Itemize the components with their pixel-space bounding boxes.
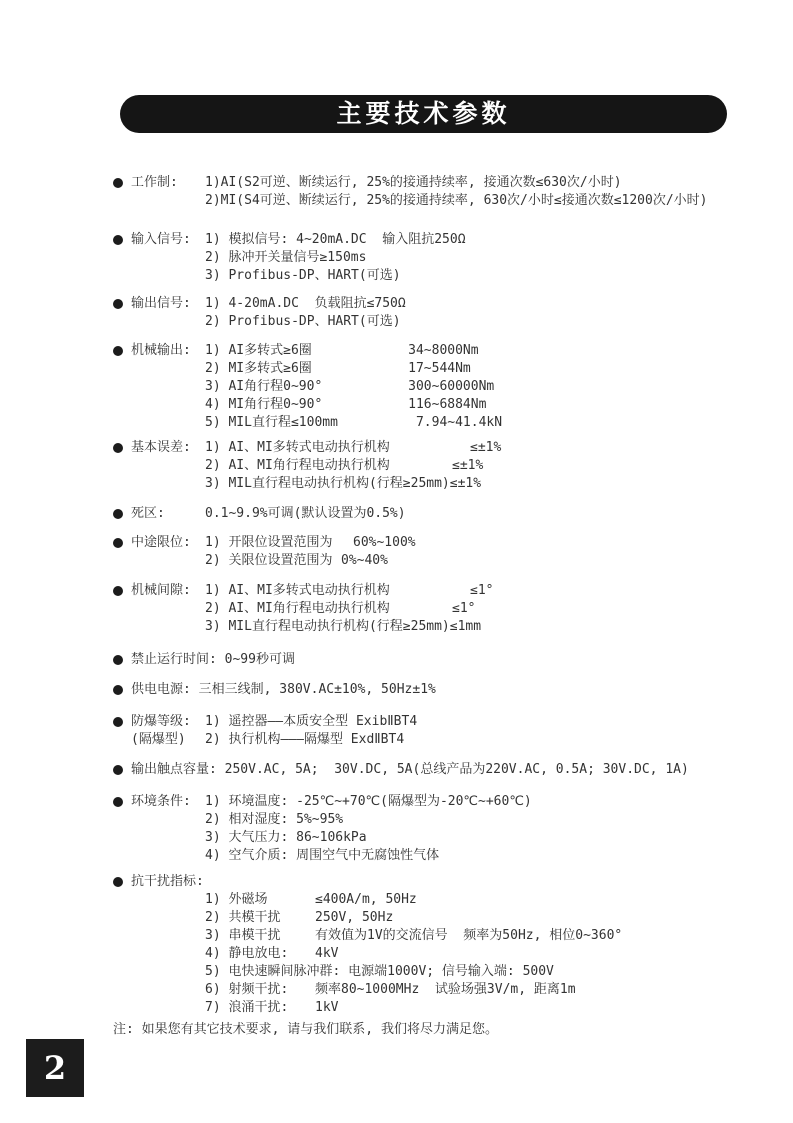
- page-number: 2: [44, 1049, 66, 1087]
- spec-text: 2) AI、MI角行程电动执行机构: [205, 600, 452, 618]
- spec-text: 300~60000Nm: [408, 378, 494, 396]
- spec-text: 34~8000Nm: [408, 342, 478, 360]
- spec-section-mech_output: 机械输出:1) AI多转式≥6圈34~8000Nm2) MI多转式≥6圈17~5…: [113, 342, 763, 432]
- section-label: 输出信号:: [131, 295, 223, 313]
- spec-section-contact_capacity: 输出触点容量: 250V.AC, 5A; 30V.DC, 5A(总线产品为220…: [113, 761, 763, 779]
- spec-text: 1) 模拟信号: 4~20mA.DC 输入阻抗250Ω: [205, 231, 466, 249]
- spec-text: 1) 遥控器——本质安全型 ExibⅡBT4: [205, 713, 417, 731]
- footnote: 注: 如果您有其它技术要求, 请与我们联系, 我们将尽力满足您。: [113, 1021, 763, 1039]
- spec-text: 2) Profibus-DP、HART(可选): [205, 313, 401, 331]
- spec-text: 1) 4-20mA.DC 负载阻抗≤750Ω: [205, 295, 406, 313]
- spec-line: 5) MIL直行程≤100mm7.94~41.4kN: [205, 414, 763, 432]
- bullet-icon: [113, 538, 123, 548]
- spec-text: 4) 静电放电:: [205, 945, 315, 963]
- spec-text: 1) AI、MI多转式电动执行机构: [205, 582, 470, 600]
- spec-line: 2) 相对湿度: 5%~95%: [205, 811, 763, 829]
- section-label: 中途限位:: [131, 534, 223, 552]
- bullet-icon: [113, 299, 123, 309]
- section-label: 输入信号:: [131, 231, 223, 249]
- spec-text: 7) 浪涌干扰:: [205, 999, 315, 1017]
- spec-line: 供电电源: 三相三线制, 380V.AC±10%, 50Hz±1%: [131, 681, 763, 699]
- spec-line: 3) 串模干扰有效值为1V的交流信号 频率为50Hz, 相位0~360°: [205, 927, 763, 945]
- spec-text: 1) AI、MI多转式电动执行机构: [205, 439, 470, 457]
- section-label: 机械输出:: [131, 342, 223, 360]
- spec-text: 250V.AC, 5A; 30V.DC, 5A(总线产品为220V.AC, 0.…: [225, 762, 689, 777]
- spec-line: 4) 静电放电:4kV: [205, 945, 763, 963]
- spec-text: 2) 相对湿度: 5%~95%: [205, 811, 343, 829]
- spec-section-basic_error: 基本误差:1) AI、MI多转式电动执行机构≤±1%2) AI、MI角行程电动执…: [113, 439, 763, 493]
- spec-section-output_signal: 输出信号:1) 4-20mA.DC 负载阻抗≤750Ω2) Profibus-D…: [113, 295, 763, 331]
- spec-text: 60%~100%: [353, 534, 416, 552]
- spec-line: 1) AI、MI多转式电动执行机构≤±1%: [205, 439, 763, 457]
- section-label: 供电电源:: [131, 682, 199, 697]
- spec-line: 1) 模拟信号: 4~20mA.DC 输入阻抗250Ω: [205, 231, 763, 249]
- bullet-icon: [113, 509, 123, 519]
- spec-section-mid_limit: 中途限位:1) 开限位设置范围为60%~100%2) 关限位设置范围为0%~40…: [113, 534, 763, 570]
- bullet-icon: [113, 765, 123, 775]
- spec-text: 17~544Nm: [408, 360, 471, 378]
- spec-line: 2)MI(S4可逆、断续运行, 25%的接通持续率, 630次/小时≤接通次数≤…: [205, 192, 763, 210]
- spec-line: 5) 电快速瞬间脉冲群: 电源端1000V; 信号输入端: 500V: [205, 963, 763, 981]
- spec-text: 5) MIL直行程: [205, 414, 291, 432]
- bullet-icon: [113, 178, 123, 188]
- spec-line: 4) MI角行程0~90°116~6884Nm: [205, 396, 763, 414]
- spec-text: 0~99秒可调: [225, 652, 295, 667]
- spec-text: 1)AI(S2可逆、断续运行, 25%的接通持续率, 接通次数≤630次/小时): [205, 174, 622, 192]
- spec-line: 禁止运行时间: 0~99秒可调: [131, 651, 763, 669]
- spec-line: 1) 外磁场≤400A/m, 50Hz: [205, 891, 763, 909]
- spec-text: 0%~40%: [341, 552, 388, 570]
- spec-section-forbid_time: 禁止运行时间: 0~99秒可调: [113, 651, 763, 669]
- spec-line: 3) 大气压力: 86~106kPa: [205, 829, 763, 847]
- spec-line: 3) Profibus-DP、HART(可选): [205, 267, 763, 285]
- section-title-bar: 主要技术参数: [120, 95, 727, 133]
- section-label: 禁止运行时间:: [131, 652, 225, 667]
- spec-text: ≤1°: [470, 582, 493, 600]
- spec-text: 3) Profibus-DP、HART(可选): [205, 267, 401, 285]
- spec-section-anti_interference: 抗干扰指标:1) 外磁场≤400A/m, 50Hz2) 共模干扰250V, 50…: [113, 873, 763, 1017]
- bullet-icon: [113, 685, 123, 695]
- spec-text: 1) 开限位设置范围为: [205, 534, 353, 552]
- spec-text: 0.1~9.9%可调(默认设置为0.5%): [205, 505, 406, 523]
- spec-text: 2)MI(S4可逆、断续运行, 25%的接通持续率, 630次/小时≤接通次数≤…: [205, 192, 708, 210]
- spec-line: 2) AI、MI角行程电动执行机构≤1°: [205, 600, 763, 618]
- spec-line: 1) 环境温度: -25℃~+70℃(隔爆型为-20℃~+60℃): [205, 793, 763, 811]
- spec-text: 4) MI角行程: [205, 396, 283, 414]
- bullet-icon: [113, 443, 123, 453]
- spec-text: 3) MIL直行程电动执行机构(行程≥25mm)≤1mm: [205, 618, 481, 636]
- spec-text: 3) MIL直行程电动执行机构(行程≥25mm)≤±1%: [205, 475, 481, 493]
- spec-text: 3) AI角行程: [205, 378, 283, 396]
- spec-line: 2) AI、MI角行程电动执行机构≤±1%: [205, 457, 763, 475]
- spec-text: 2) 脉冲开关量信号≥150ms: [205, 249, 366, 267]
- spec-text: 三相三线制, 380V.AC±10%, 50Hz±1%: [199, 682, 436, 697]
- spec-line: 0.1~9.9%可调(默认设置为0.5%): [205, 505, 763, 523]
- section-label: 机械间隙:: [131, 582, 223, 600]
- spec-line: 3) MIL直行程电动执行机构(行程≥25mm)≤±1%: [205, 475, 763, 493]
- spec-text: 116~6884Nm: [408, 396, 486, 414]
- spec-line: 7) 浪涌干扰:1kV: [205, 999, 763, 1017]
- bullet-icon: [113, 797, 123, 807]
- spec-line: 2) 脉冲开关量信号≥150ms: [205, 249, 763, 267]
- bullet-icon: [113, 717, 123, 727]
- spec-line: 1) 开限位设置范围为60%~100%: [205, 534, 763, 552]
- spec-text: 2) MI多转式: [205, 360, 283, 378]
- spec-text: 有效值为1V的交流信号 频率为50Hz, 相位0~360°: [315, 927, 622, 945]
- spec-line: 1) AI多转式≥6圈34~8000Nm: [205, 342, 763, 360]
- spec-text: 频率80~1000MHz 试验场强3V/m, 距离1m: [315, 981, 576, 999]
- spec-text: 0~90°: [283, 396, 408, 414]
- section-label: 环境条件:: [131, 793, 223, 811]
- spec-line: 1) 4-20mA.DC 负载阻抗≤750Ω: [205, 295, 763, 313]
- spec-text: 2) 执行机构———隔爆型 ExdⅡBT4: [205, 731, 404, 749]
- section-label: 防爆等级:(隔爆型): [131, 713, 223, 749]
- spec-text: ≤400A/m, 50Hz: [315, 891, 417, 909]
- section-label: 输出触点容量:: [131, 762, 225, 777]
- bullet-icon: [113, 346, 123, 356]
- bullet-icon: [113, 655, 123, 665]
- spec-text: ≤100mm: [291, 414, 416, 432]
- spec-line: 2) MI多转式≥6圈17~544Nm: [205, 360, 763, 378]
- spec-section-work_system: 工作制:1)AI(S2可逆、断续运行, 25%的接通持续率, 接通次数≤630次…: [113, 174, 763, 210]
- document-page: 主要技术参数 工作制:1)AI(S2可逆、断续运行, 25%的接通持续率, 接通…: [0, 0, 793, 1123]
- spec-text: 6) 射频干扰:: [205, 981, 315, 999]
- spec-text: ≤±1%: [470, 439, 501, 457]
- spec-text: 4kV: [315, 945, 338, 963]
- section-label: 抗干扰指标:: [131, 873, 223, 891]
- spec-line: 2) 执行机构———隔爆型 ExdⅡBT4: [205, 731, 763, 749]
- page-title: 主要技术参数: [120, 95, 727, 133]
- spec-text: 3) 大气压力: 86~106kPa: [205, 829, 367, 847]
- spec-line: 输出触点容量: 250V.AC, 5A; 30V.DC, 5A(总线产品为220…: [131, 761, 763, 779]
- spec-text: 2) 关限位设置范围为: [205, 552, 341, 570]
- spec-text: ≥6圈: [283, 360, 408, 378]
- spec-line: 4) 空气介质: 周围空气中无腐蚀性气体: [205, 847, 763, 865]
- spec-text: 7.94~41.4kN: [416, 414, 502, 432]
- spec-text: 250V, 50Hz: [315, 909, 393, 927]
- spec-text: 1) 外磁场: [205, 891, 315, 909]
- spec-line: 3) MIL直行程电动执行机构(行程≥25mm)≤1mm: [205, 618, 763, 636]
- section-label: 工作制:: [131, 174, 223, 192]
- spec-text: ≤±1%: [452, 457, 483, 475]
- spec-line: 2) 共模干扰250V, 50Hz: [205, 909, 763, 927]
- spec-line: 3) AI角行程0~90°300~60000Nm: [205, 378, 763, 396]
- section-label: 死区:: [131, 505, 223, 523]
- spec-line: 1) AI、MI多转式电动执行机构≤1°: [205, 582, 763, 600]
- spec-text: 2) 共模干扰: [205, 909, 315, 927]
- spec-text: 0~90°: [283, 378, 408, 396]
- spec-text: 4) 空气介质: 周围空气中无腐蚀性气体: [205, 847, 439, 865]
- spec-content: 工作制:1)AI(S2可逆、断续运行, 25%的接通持续率, 接通次数≤630次…: [113, 133, 763, 1039]
- spec-line: 2) 关限位设置范围为0%~40%: [205, 552, 763, 570]
- spec-section-mech_gap: 机械间隙:1) AI、MI多转式电动执行机构≤1°2) AI、MI角行程电动执行…: [113, 582, 763, 636]
- spec-line: 2) Profibus-DP、HART(可选): [205, 313, 763, 331]
- spec-section-explosion_proof: 防爆等级:(隔爆型)1) 遥控器——本质安全型 ExibⅡBT42) 执行机构—…: [113, 713, 763, 749]
- spec-section-env_conditions: 环境条件:1) 环境温度: -25℃~+70℃(隔爆型为-20℃~+60℃)2)…: [113, 793, 763, 865]
- spec-line: 1) 遥控器——本质安全型 ExibⅡBT4: [205, 713, 763, 731]
- bullet-icon: [113, 586, 123, 596]
- spec-line: 1)AI(S2可逆、断续运行, 25%的接通持续率, 接通次数≤630次/小时): [205, 174, 763, 192]
- spec-section-input_signal: 输入信号:1) 模拟信号: 4~20mA.DC 输入阻抗250Ω2) 脉冲开关量…: [113, 231, 763, 285]
- spec-text: 2) AI、MI角行程电动执行机构: [205, 457, 452, 475]
- spec-section-power_supply: 供电电源: 三相三线制, 380V.AC±10%, 50Hz±1%: [113, 681, 763, 699]
- section-label-2: (隔爆型): [131, 731, 223, 749]
- spec-text: ≥6圈: [283, 342, 408, 360]
- bullet-icon: [113, 877, 123, 887]
- bullet-icon: [113, 235, 123, 245]
- spec-text: 1kV: [315, 999, 338, 1017]
- spec-text: 1) 环境温度: -25℃~+70℃(隔爆型为-20℃~+60℃): [205, 793, 532, 811]
- spec-line: 6) 射频干扰:频率80~1000MHz 试验场强3V/m, 距离1m: [205, 981, 763, 999]
- spec-text: 5) 电快速瞬间脉冲群: 电源端1000V; 信号输入端: 500V: [205, 963, 554, 981]
- page-number-box: 2: [26, 1039, 84, 1097]
- spec-section-dead_zone: 死区:0.1~9.9%可调(默认设置为0.5%): [113, 505, 763, 523]
- spec-text: ≤1°: [452, 600, 475, 618]
- spec-text: 3) 串模干扰: [205, 927, 315, 945]
- section-label: 基本误差:: [131, 439, 223, 457]
